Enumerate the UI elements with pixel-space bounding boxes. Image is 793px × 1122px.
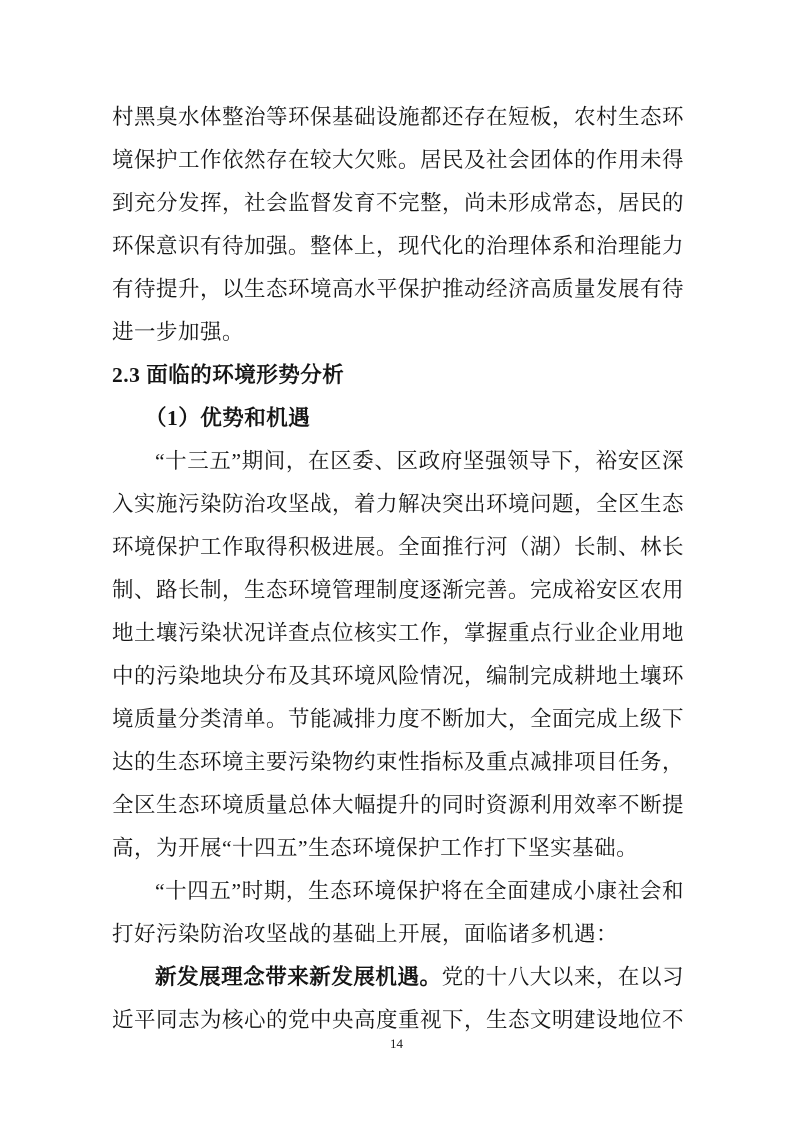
document-page: 村黑臭水体整治等环保基础设施都还存在短板，农村生态环境保护工作依然存在较大欠账。… [0,0,793,1122]
paragraph-13th-five-year: “十三五”期间，在区委、区政府坚强领导下，裕安区深入实施污染防治攻坚战，着力解决… [112,440,684,870]
paragraph-new-development: 新发展理念带来新发展机遇。党的十八大以来，在以习近平同志为核心的党中央高度重视下… [112,956,684,1042]
subsection-heading-advantages: （1）优势和机遇 [112,397,684,440]
paragraph-continuation: 村黑臭水体整治等环保基础设施都还存在短板，农村生态环境保护工作依然存在较大欠账。… [112,96,684,354]
page-footer: 14 [0,1035,793,1053]
document-content: 村黑臭水体整治等环保基础设施都还存在短板，农村生态环境保护工作依然存在较大欠账。… [112,96,684,1042]
page-number: 14 [390,1036,403,1051]
section-heading-2-3: 2.3 面临的环境形势分析 [112,354,684,397]
paragraph-new-development-lead: 新发展理念带来新发展机遇。 [155,965,442,989]
paragraph-14th-five-year: “十四五”时期，生态环境保护将在全面建成小康社会和打好污染防治攻坚战的基础上开展… [112,870,684,956]
